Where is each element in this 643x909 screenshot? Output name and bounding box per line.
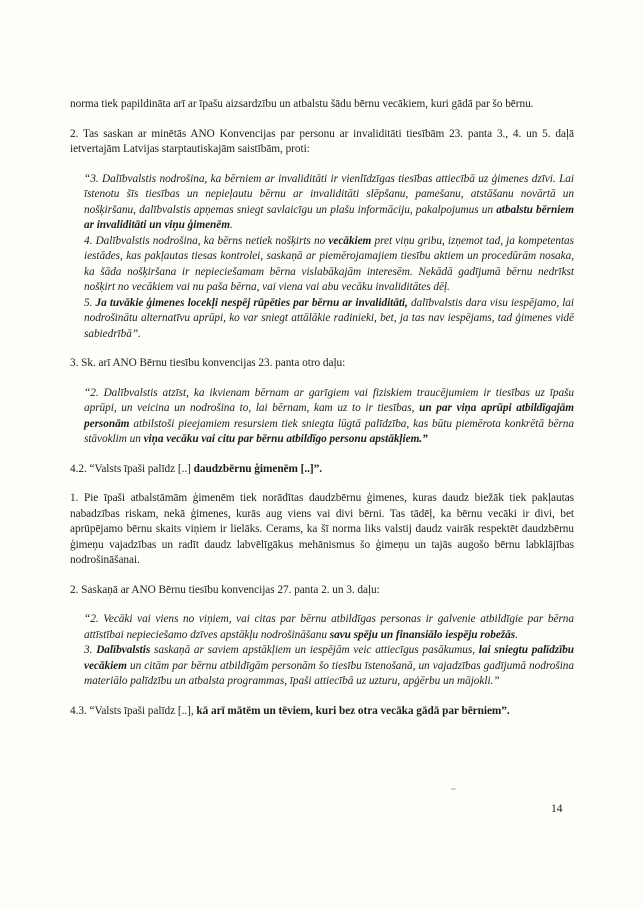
text-run: Dalībvalstis (96, 644, 150, 656)
text-run: un citām par bērnu atbildīgām personām š… (84, 660, 574, 688)
text-line: 4.3. “Valsts īpaši palīdz [..], kā arī m… (70, 704, 574, 720)
quote-segment: “3. Dalībvalstis nodrošina, ka bērniem a… (84, 172, 574, 234)
text-run: . (515, 629, 518, 641)
text-run: 3. (84, 644, 96, 656)
text-run: 4. Dalībvalstis nodrošina, ka bērns neti… (84, 235, 328, 247)
quote-block: “2. Dalībvalstis atzīst, ka ikvienam bēr… (84, 386, 574, 448)
text-run: daudzbērnu ģimenēm [..]”. (194, 463, 322, 475)
text-run: 1. Pie īpaši atbalstāmām ģimenēm tiek no… (70, 492, 574, 566)
text-run: vecākiem (328, 235, 371, 247)
paragraph: 1. Pie īpaši atbalstāmām ģimenēm tiek no… (70, 491, 574, 569)
quote-block: “3. Dalībvalstis nodrošina, ka bērniem a… (84, 172, 574, 343)
quote-segment: “2. Dalībvalstis atzīst, ka ikvienam bēr… (84, 386, 574, 448)
text-run: 2. Saskaņā ar ANO Bērnu tiesību konvenci… (70, 584, 380, 596)
paragraph: 3. Sk. arī ANO Bērnu tiesību konvencijas… (70, 356, 574, 372)
paragraph: 2. Tas saskan ar minētās ANO Konvencijas… (70, 127, 574, 158)
paragraph: 2. Saskaņā ar ANO Bērnu tiesību konvenci… (70, 583, 574, 599)
quote-segment: 4. Dalībvalstis nodrošina, ka bērns neti… (84, 234, 574, 296)
quote-segment: 3. Dalībvalstis saskaņā ar saviem apstāk… (84, 643, 574, 690)
text-run: 4.2. “Valsts īpaši palīdz [..] (70, 463, 194, 475)
quote-block: “2. Vecāki vai viens no viņiem, vai cita… (84, 612, 574, 690)
text-run: Ja tuvākie ģimenes locekļi nespēj rūpēti… (96, 297, 408, 309)
text-run: kā arī mātēm un tēviem, kuri bez otra ve… (196, 705, 509, 717)
section-heading: 4.2. “Valsts īpaši palīdz [..] daudzbērn… (70, 462, 574, 478)
text-line: norma tiek papildināta arī ar īpašu aizs… (70, 97, 574, 113)
section-heading: 4.3. “Valsts īpaši palīdz [..], kā arī m… (70, 704, 574, 720)
text-run: savu spēju un finansiālo iespēju robežās (330, 629, 515, 641)
text-line: 2. Tas saskan ar minētās ANO Konvencijas… (70, 127, 574, 158)
text-run: norma tiek papildināta arī ar īpašu aizs… (70, 98, 533, 110)
scan-artifact (451, 788, 456, 790)
text-run: saskaņā ar saviem apstākļiem un iespējām… (150, 644, 479, 656)
document-page: norma tiek papildināta arī ar īpašu aizs… (0, 0, 643, 909)
page-number: 14 (551, 802, 563, 817)
text-run: 3. Sk. arī ANO Bērnu tiesību konvencijas… (70, 357, 345, 369)
text-line: 2. Saskaņā ar ANO Bērnu tiesību konvenci… (70, 583, 574, 599)
quote-segment: 5. Ja tuvākie ģimenes locekļi nespēj rūp… (84, 296, 574, 343)
text-run: . (230, 219, 233, 231)
text-run: 4.3. “Valsts īpaši palīdz [..], (70, 705, 196, 717)
paragraph: norma tiek papildināta arī ar īpašu aizs… (70, 97, 574, 113)
text-line: 4.2. “Valsts īpaši palīdz [..] daudzbērn… (70, 462, 574, 478)
quote-segment: “2. Vecāki vai viens no viņiem, vai cita… (84, 612, 574, 643)
text-line: 1. Pie īpaši atbalstāmām ģimenēm tiek no… (70, 491, 574, 569)
text-run: viņa vecāku vai citu par bērnu atbildīgo… (144, 433, 428, 445)
text-run: 5. (84, 297, 96, 309)
text-run: 2. Tas saskan ar minētās ANO Konvencijas… (70, 128, 574, 156)
text-line: 3. Sk. arī ANO Bērnu tiesību konvencijas… (70, 356, 574, 372)
document-content: norma tiek papildināta arī ar īpašu aizs… (70, 97, 574, 733)
